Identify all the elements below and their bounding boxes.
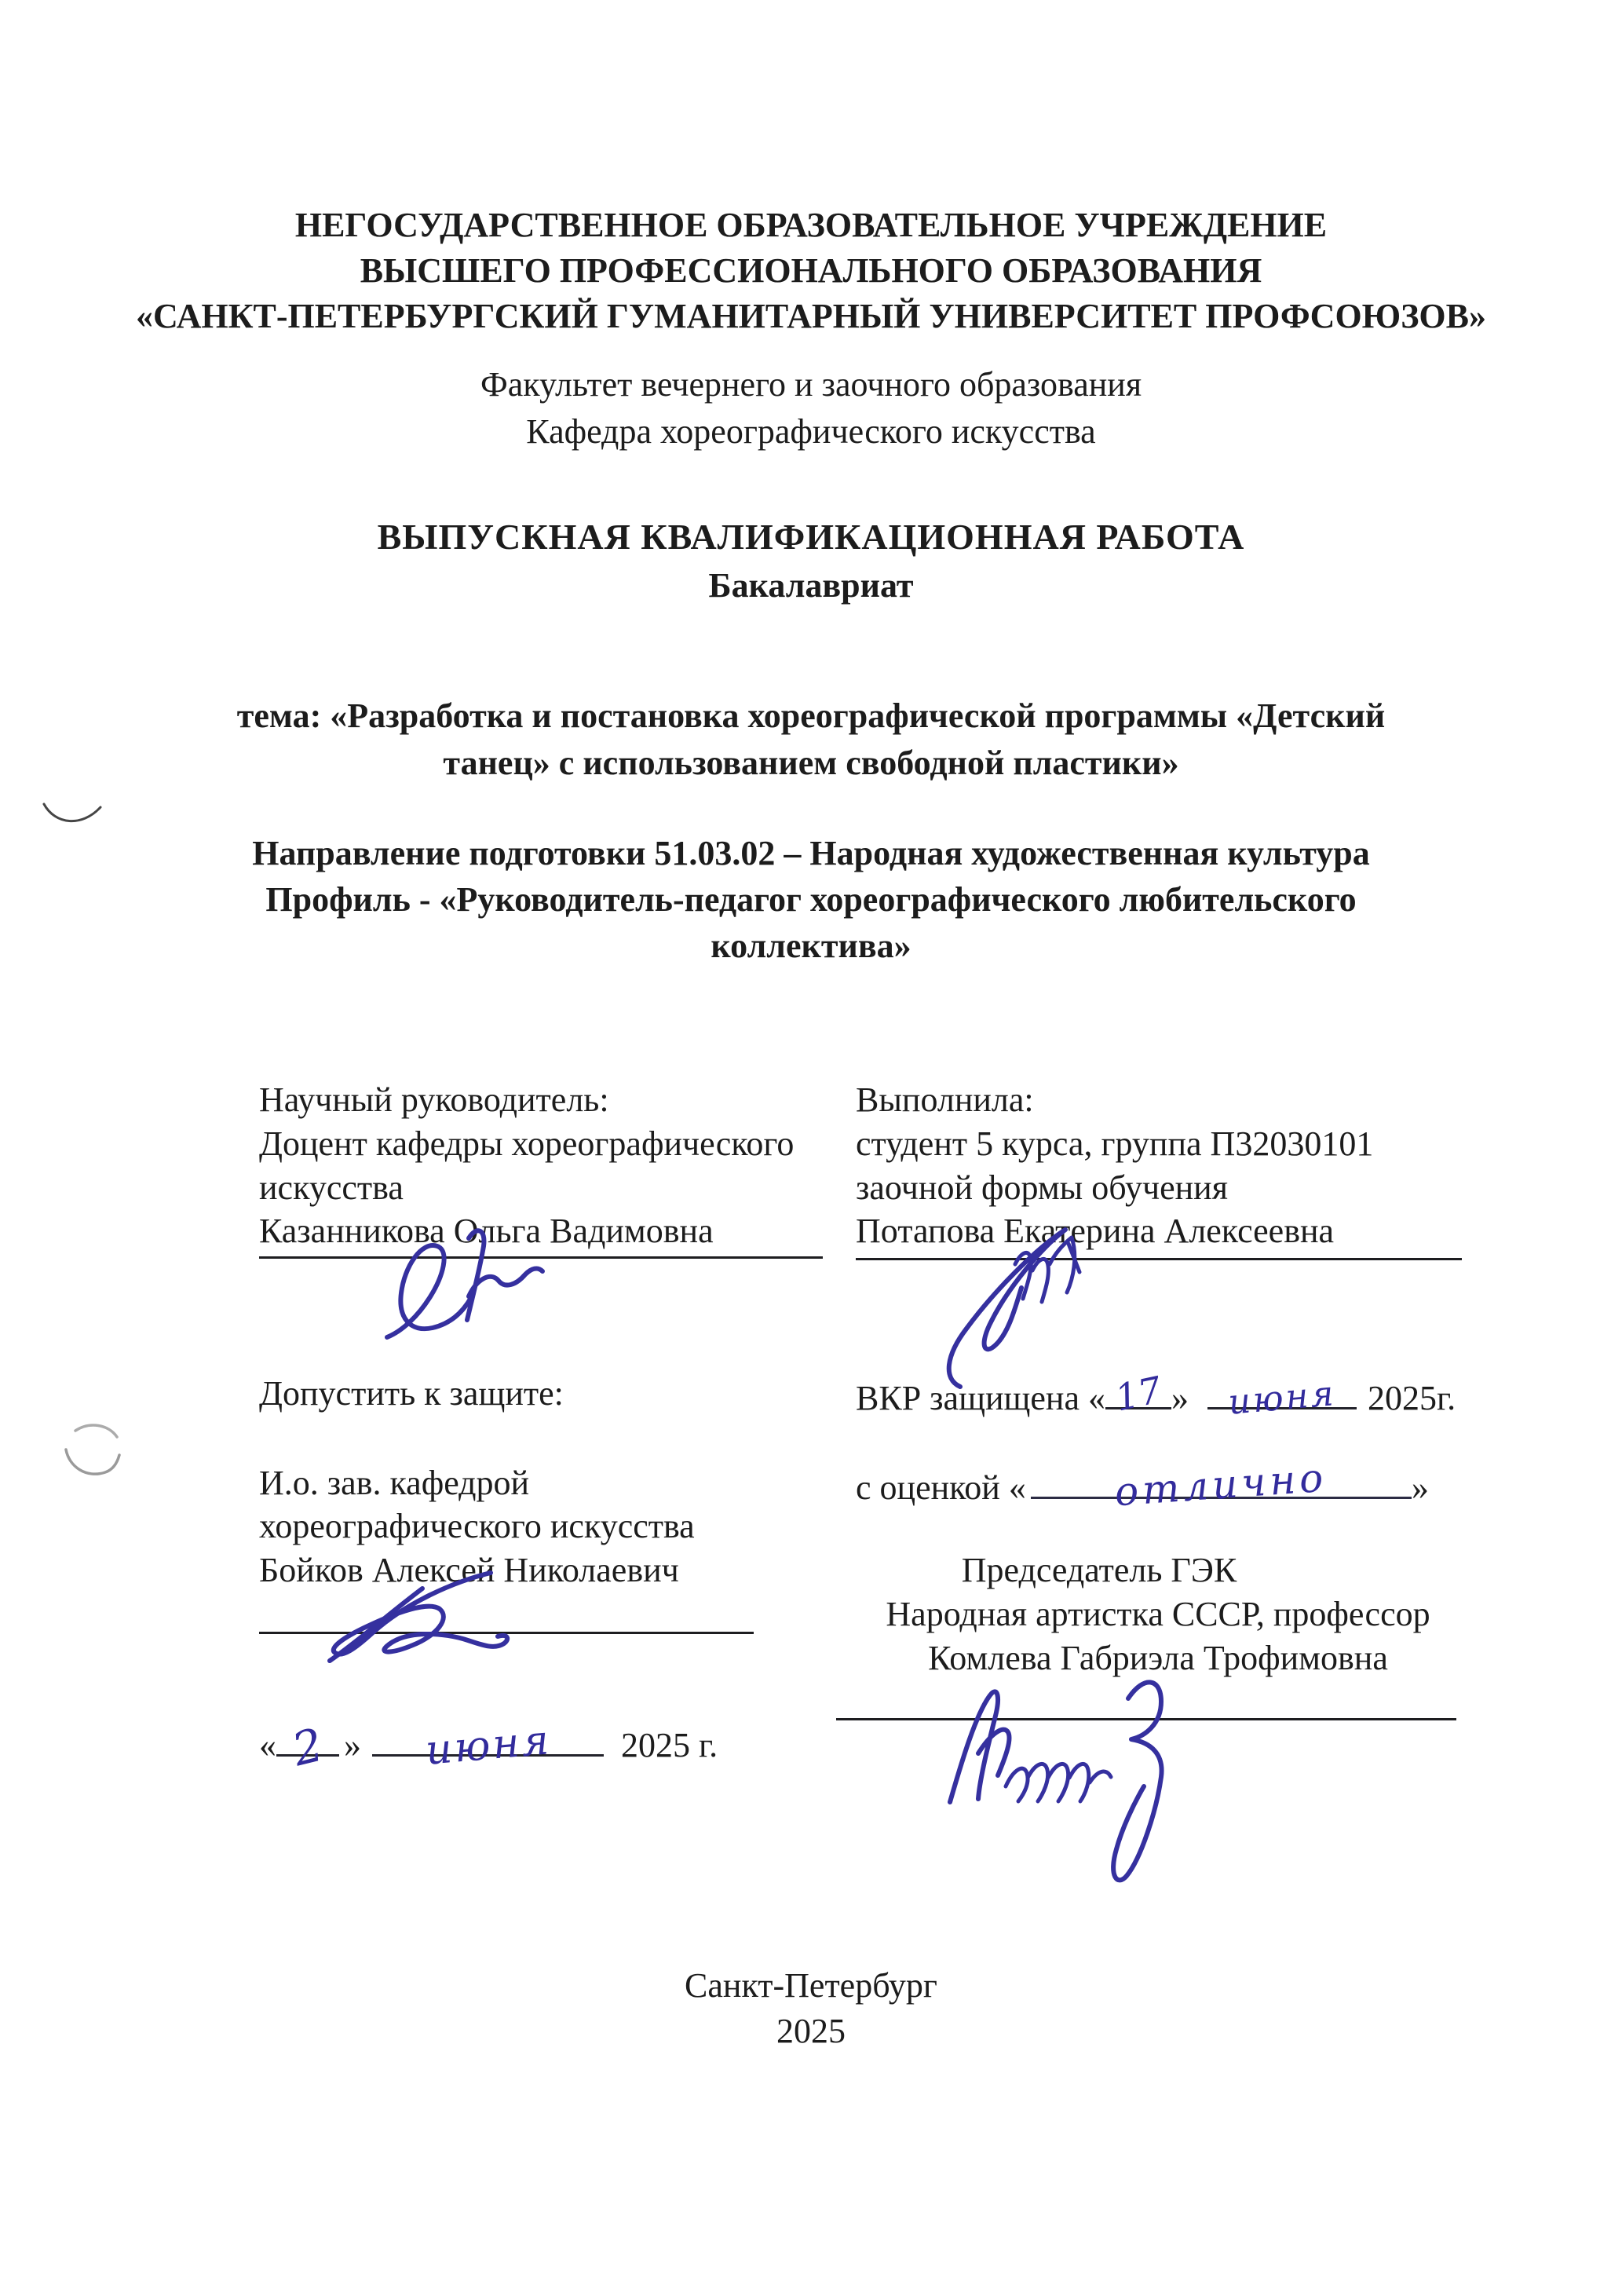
- chair-title: Председатель ГЭК: [789, 1551, 1409, 1590]
- author-label: Выполнила:: [856, 1080, 1034, 1120]
- work-level: Бакалавриат: [16, 563, 1606, 609]
- admission-date-line: « 2 » июня 2025 г.: [259, 1720, 718, 1765]
- profile-line1: Профиль - «Руководитель-педагог хореогра…: [16, 876, 1606, 923]
- defense-month-slot: июня: [1207, 1373, 1357, 1409]
- university-header: НЕГОСУДАРСТВЕННОЕ ОБРАЗОВАТЕЛЬНОЕ УЧРЕЖД…: [16, 203, 1606, 339]
- program-block: Направление подготовки 51.03.02 – Народн…: [16, 830, 1606, 969]
- scan-artifact-curve: [41, 798, 104, 831]
- supervisor-position-line2: искусства: [259, 1168, 404, 1208]
- footer-city: Санкт-Петербург: [16, 1963, 1606, 2009]
- author-course-line: студент 5 курса, группа П32030101: [856, 1124, 1373, 1164]
- grade-slot: отлично: [1031, 1462, 1412, 1499]
- topic-block: тема: «Разработка и постановка хореограф…: [16, 693, 1606, 787]
- admission-year: 2025 г.: [621, 1726, 718, 1765]
- work-title: ВЫПУСКНАЯ КВАЛИФИКАЦИОННАЯ РАБОТА: [16, 514, 1606, 560]
- topic-line1: тема: «Разработка и постановка хореограф…: [16, 693, 1606, 740]
- chair-signature: [930, 1669, 1197, 1896]
- grade-handwritten: отлично: [1114, 1458, 1329, 1512]
- admission-day-slot: 2: [276, 1720, 339, 1757]
- defense-month-handwritten: июня: [1226, 1374, 1337, 1423]
- university-header-line1: НЕГОСУДАРСТВЕННОЕ ОБРАЗОВАТЕЛЬНОЕ УЧРЕЖД…: [16, 203, 1606, 248]
- author-signature: [938, 1216, 1103, 1396]
- defense-date-line: ВКР защищена « 17 » июня 2025г.: [856, 1373, 1456, 1418]
- supervisor-signature: [381, 1221, 569, 1347]
- footer-year: 2025: [16, 2009, 1606, 2054]
- university-header-line3: «САНКТ-ПЕТЕРБУРГСКИЙ ГУМАНИТАРНЫЙ УНИВЕР…: [16, 294, 1606, 339]
- admission-day-handwritten: 2: [289, 1724, 327, 1769]
- author-form-line: заочной формы обучения: [856, 1168, 1228, 1208]
- defense-day-handwritten: 17: [1112, 1369, 1165, 1417]
- footer-block: Санкт-Петербург 2025: [16, 1963, 1606, 2054]
- thesis-title-page: НЕГОСУДАРСТВЕННОЕ ОБРАЗОВАТЕЛЬНОЕ УЧРЕЖД…: [0, 0, 1622, 2296]
- scan-artifact-circle: [60, 1418, 126, 1483]
- grade-quote-close: »: [1412, 1468, 1429, 1508]
- admission-quote-open: «: [259, 1726, 276, 1765]
- topic-line2: танец» с использованием свободной пласти…: [16, 740, 1606, 787]
- admission-quote-close: »: [344, 1726, 361, 1765]
- defense-day-slot: 17: [1105, 1373, 1171, 1409]
- admission-month-handwritten: июня: [424, 1720, 553, 1771]
- grade-line: с оценкой « отлично »: [856, 1462, 1429, 1508]
- admission-label: Допустить к защите:: [259, 1374, 564, 1413]
- admission-position-line1: И.о. зав. кафедрой: [259, 1464, 529, 1503]
- supervisor-position-line1: Доцент кафедры хореографического: [259, 1124, 794, 1164]
- defense-prefix: ВКР защищена «: [856, 1379, 1105, 1418]
- admission-position-line2: хореографического искусства: [259, 1507, 695, 1546]
- admission-signature: [314, 1567, 510, 1665]
- profile-line2: коллектива»: [16, 923, 1606, 969]
- defense-year: 2025г.: [1368, 1379, 1456, 1418]
- chair-block: Председатель ГЭК Народная артистка СССР,…: [848, 1551, 1468, 1678]
- department-line: Кафедра хореографического искусства: [16, 408, 1606, 455]
- admission-month-slot: июня: [372, 1720, 604, 1757]
- grade-prefix: с оценкой «: [856, 1468, 1026, 1508]
- university-header-line2: ВЫСШЕГО ПРОФЕССИОНАЛЬНОГО ОБРАЗОВАНИЯ: [16, 248, 1606, 294]
- chair-line1: Народная артистка СССР, профессор: [848, 1595, 1468, 1634]
- supervisor-label: Научный руководитель:: [259, 1080, 609, 1120]
- faculty-line: Факультет вечернего и заочного образован…: [16, 361, 1606, 408]
- defense-quote-close: »: [1171, 1379, 1189, 1418]
- direction-line: Направление подготовки 51.03.02 – Народн…: [16, 830, 1606, 876]
- faculty-block: Факультет вечернего и заочного образован…: [16, 361, 1606, 455]
